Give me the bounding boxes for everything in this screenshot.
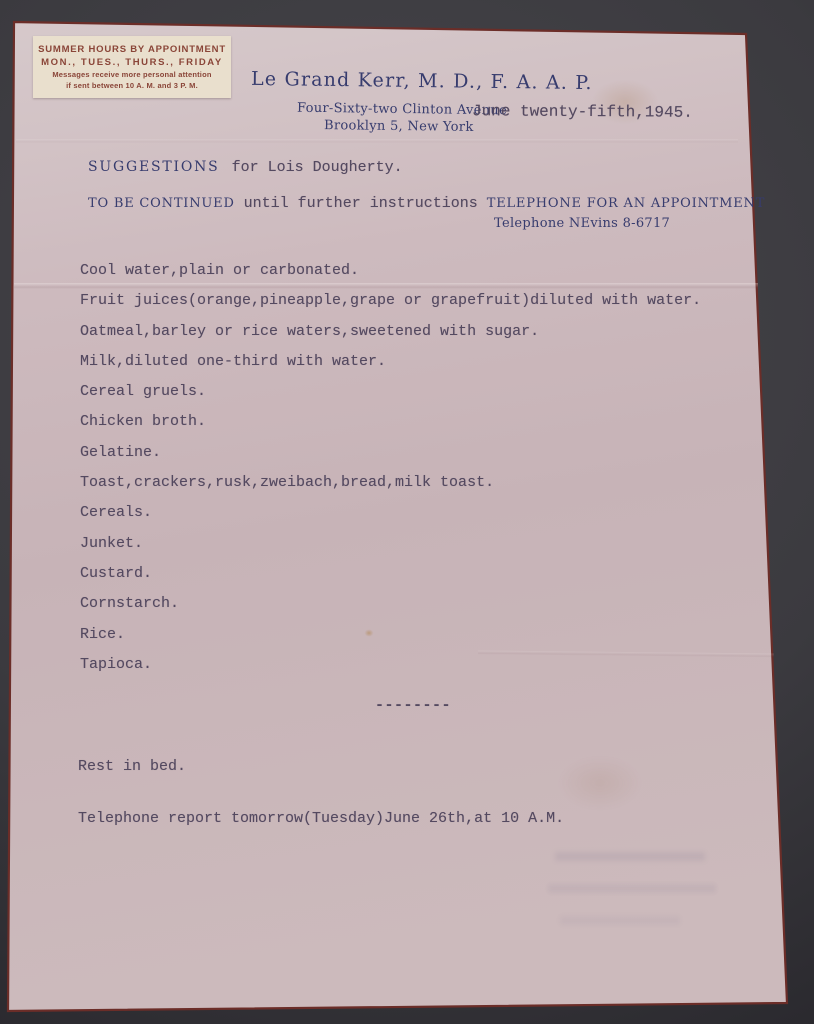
diet-item: Cereals. [80, 498, 701, 528]
typed-date: June twenty-fifth,1945. [472, 102, 693, 122]
ink-bleed-through [548, 884, 716, 893]
continued-heading: TO BE CONTINUED until further instructio… [88, 195, 765, 212]
sticker-line: Messages receive more personal attention [52, 70, 211, 79]
ink-bleed-through [555, 852, 705, 861]
letterhead-telephone-number: Telephone NEvins 8-6717 [494, 216, 670, 231]
typed-until-instructions: until further instructions [244, 195, 478, 212]
summer-hours-sticker: SUMMER HOURS BY APPOINTMENT MON., TUES.,… [33, 36, 231, 98]
diet-item: Toast,crackers,rusk,zweibach,bread,milk … [80, 468, 701, 498]
typed-dash-divider: -------- [375, 697, 451, 714]
suggestions-heading: SUGGESTIONS for Lois Dougherty. [88, 159, 403, 176]
letterhead-address-line2: Brooklyn 5, New York [324, 118, 474, 135]
paper-stain [545, 748, 655, 818]
printed-telephone-label: TELEPHONE FOR AN APPOINTMENT [487, 196, 765, 211]
paper-stain [580, 72, 670, 132]
diet-item: Junket. [80, 529, 701, 559]
diet-item: Cool water,plain or carbonated. [80, 256, 701, 286]
ink-bleed-through [560, 916, 680, 925]
typed-patient-name: for Lois Dougherty. [232, 159, 403, 176]
diet-item: Tapioca. [80, 650, 701, 680]
sticker-line: if sent between 10 A. M. and 3 P. M. [66, 81, 198, 90]
diet-item: Chicken broth. [80, 407, 701, 437]
diet-item: Cornstarch. [80, 589, 701, 619]
sticker-line: SUMMER HOURS BY APPOINTMENT [38, 44, 226, 55]
diet-item: Gelatine. [80, 438, 701, 468]
diet-item: Rice. [80, 620, 701, 650]
diet-item: Custard. [80, 559, 701, 589]
diet-item: Milk,diluted one-third with water. [80, 347, 701, 377]
diet-item: Oatmeal,barley or rice waters,sweetened … [80, 317, 701, 347]
letter-document: SUMMER HOURS BY APPOINTMENT MON., TUES.,… [0, 0, 814, 1024]
rest-instruction: Rest in bed. [78, 758, 186, 775]
diet-item: Cereal gruels. [80, 377, 701, 407]
diet-item: Fruit juices(orange,pineapple,grape or g… [80, 286, 701, 316]
printed-continued-label: TO BE CONTINUED [88, 196, 235, 211]
telephone-report-instruction: Telephone report tomorrow(Tuesday)June 2… [78, 810, 564, 827]
sticker-line: MON., TUES., THURS., FRIDAY [41, 57, 223, 68]
diet-suggestions-list: Cool water,plain or carbonated. Fruit ju… [80, 256, 701, 680]
printed-suggestions-label: SUGGESTIONS [88, 159, 220, 175]
letterhead-name: Le Grand Kerr, M. D., F. A. A. P. [251, 68, 593, 94]
fold-crease [16, 139, 738, 143]
